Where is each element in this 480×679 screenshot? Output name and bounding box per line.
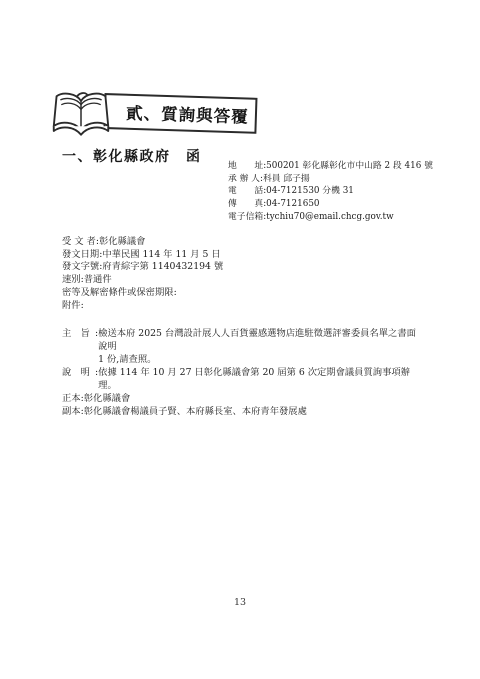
contact-value: 04-7121530 分機 31: [266, 186, 354, 196]
colon: :: [81, 300, 84, 311]
meta-attachment-row: 附件:: [62, 300, 223, 313]
description-label: 說 明: [62, 366, 95, 379]
subject-label: 主 旨: [62, 327, 95, 340]
description-text: 依據 114 年 10 月 27 日彰化縣議會第 20 屆第 6 次定期會議員質…: [98, 366, 420, 392]
copy-label: 副本: [62, 406, 81, 417]
contact-label: 地 址: [228, 161, 263, 171]
open-book-icon: [50, 88, 112, 142]
contact-value: tychiu70@email.chcg.gov.tw: [266, 212, 393, 222]
original-copy-row: 正本:彰化縣議會: [62, 392, 420, 405]
meta-label: 發文字號: [62, 261, 99, 272]
meta-value: 中華民國 114 年 11 月 5 日: [102, 249, 220, 260]
document-page: 貳、質詢與答覆 一、彰化縣政府 函 地 址:500201 彰化縣彰化市中山路 2…: [0, 0, 480, 679]
subject-paragraph: 主 旨: 檢送本府 2025 台灣設計展人人百貨靈感選物店進駐徵選評審委員名單之…: [62, 327, 420, 366]
section-banner-box: 貳、質詢與答覆: [103, 93, 257, 134]
original-label: 正本: [62, 393, 81, 404]
letter-title: 一、彰化縣政府 函: [62, 146, 202, 166]
contact-phone-row: 電 話:04-7121530 分機 31: [228, 185, 433, 198]
meta-refno-row: 發文字號:府青綜字第 1140432194 號: [62, 261, 223, 274]
section-banner: 貳、質詢與答覆: [50, 86, 266, 146]
contact-handler-row: 承 辦 人:科員 邱子揚: [228, 173, 433, 186]
contact-label: 電 話: [228, 186, 263, 196]
document-meta-block: 受 文 者:彰化縣議會 發文日期:中華民國 114 年 11 月 5 日 發文字…: [62, 236, 223, 312]
contact-value: 科員 邱子揚: [263, 174, 310, 184]
meta-label: 受 文 者: [62, 236, 96, 247]
page-number: 13: [0, 597, 480, 608]
carbon-copy-row: 副本:彰化縣議會楊議員子賢、本府縣長室、本府青年發展處: [62, 405, 420, 418]
meta-priority-row: 速別:普通件: [62, 274, 223, 287]
contact-label: 承 辦 人: [228, 174, 260, 184]
letter-body: 主 旨: 檢送本府 2025 台灣設計展人人百貨靈感選物店進駐徵選評審委員名單之…: [62, 327, 420, 418]
meta-label: 附件: [62, 300, 81, 311]
meta-security-row: 密等及解密條件或保密期限:: [62, 287, 223, 300]
copy-text: 彰化縣議會楊議員子賢、本府縣長室、本府青年發展處: [84, 406, 307, 417]
sender-contact-block: 地 址:500201 彰化縣彰化市中山路 2 段 416 號 承 辦 人:科員 …: [228, 160, 433, 224]
contact-value: 04-7121650: [266, 199, 319, 209]
description-paragraph: 說 明: 依據 114 年 10 月 27 日彰化縣議會第 20 屆第 6 次定…: [62, 366, 420, 392]
meta-date-row: 發文日期:中華民國 114 年 11 月 5 日: [62, 249, 223, 262]
contact-email-row: 電子信箱:tychiu70@email.chcg.gov.tw: [228, 211, 433, 224]
contact-address-row: 地 址:500201 彰化縣彰化市中山路 2 段 416 號: [228, 160, 433, 173]
contact-fax-row: 傳 真:04-7121650: [228, 198, 433, 211]
colon: :: [174, 287, 177, 298]
original-text: 彰化縣議會: [84, 393, 131, 404]
meta-value: 普通件: [84, 274, 112, 285]
subject-line-2: 1 份,請查照。: [98, 354, 156, 365]
subject-text: 檢送本府 2025 台灣設計展人人百貨靈感選物店進駐徵選評審委員名單之書面說明 …: [98, 327, 420, 366]
meta-value: 彰化縣議會: [99, 236, 146, 247]
contact-label: 電子信箱: [228, 212, 263, 222]
meta-recipient-row: 受 文 者:彰化縣議會: [62, 236, 223, 249]
contact-label: 傳 真: [228, 199, 263, 209]
section-banner-title: 貳、質詢與答覆: [126, 100, 249, 128]
meta-label: 發文日期: [62, 249, 99, 260]
contact-value: 500201 彰化縣彰化市中山路 2 段 416 號: [266, 161, 433, 171]
meta-label: 密等及解密條件或保密期限: [62, 287, 174, 298]
subject-line-1: 檢送本府 2025 台灣設計展人人百貨靈感選物店進駐徵選評審委員名單之書面說明: [98, 328, 416, 352]
meta-value: 府青綜字第 1140432194 號: [102, 261, 223, 272]
meta-label: 速別: [62, 274, 81, 285]
